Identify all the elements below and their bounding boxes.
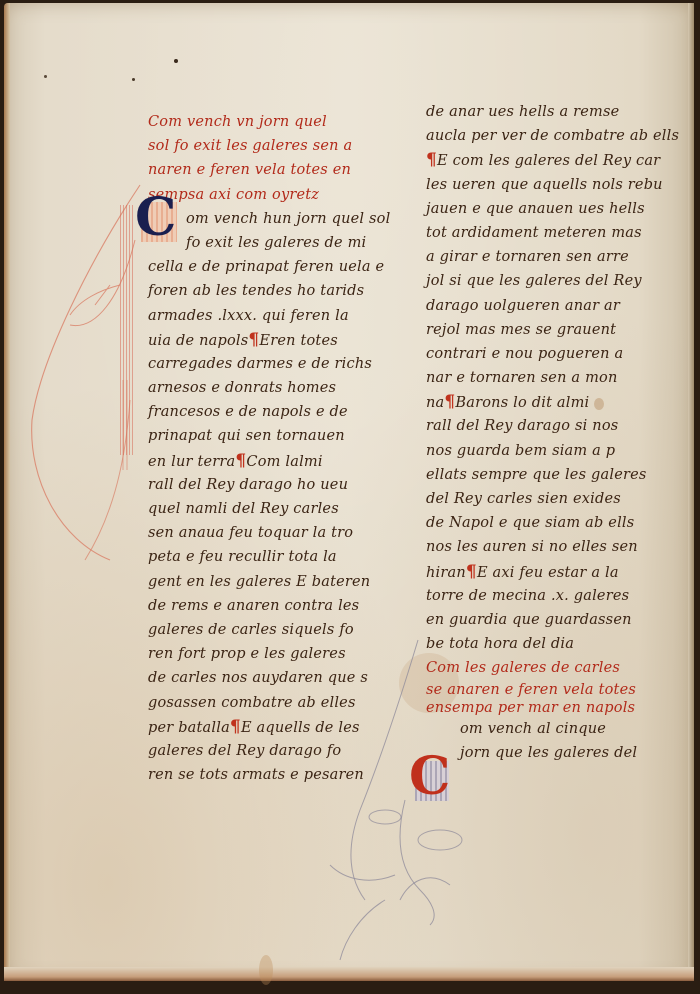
text-line: ¶E com les galeres del Rey car	[426, 148, 676, 172]
page-edge-left	[4, 3, 10, 981]
text-line: ellats sempre que les galeres	[426, 463, 676, 487]
stain	[44, 75, 47, 78]
text-line: de rems e anaren contra les	[148, 594, 398, 618]
text-line: rall del Rey darago ho ueu	[148, 473, 398, 497]
text-line: arnesos e donrats homes	[148, 376, 398, 400]
rubric-line: ensempa per mar en napols	[426, 699, 676, 717]
text-segment: en lur terra	[148, 454, 235, 470]
text-segment: E axi feu estar a la	[477, 565, 619, 581]
pilcrow-icon: ¶	[426, 150, 437, 170]
text-line: torre de mecina .x. galeres	[426, 584, 676, 608]
text-line: jol si que les galeres del Rey	[426, 269, 676, 293]
page-edge-bottom	[4, 967, 694, 981]
text-line: uia de napols¶Eren totes	[148, 328, 398, 352]
text-line: galeres de carles siquels fo	[148, 618, 398, 642]
text-line: carregades darmes e de richs	[148, 352, 398, 376]
text-segment: Eren totes	[259, 333, 337, 349]
text-line: tot ardidament meteren mas	[426, 221, 676, 245]
text-line: en lur terra¶Com lalmi	[148, 449, 398, 473]
text-line: peta e feu recullir tota la	[148, 545, 398, 569]
text-segment: uia de napols	[148, 333, 248, 349]
rubric-line: Com les galeres de carles	[426, 656, 676, 680]
text-line: fo exit les galeres de mi	[148, 231, 398, 255]
text-line: hiran¶E axi feu estar a la	[426, 560, 676, 584]
text-segment: na	[426, 395, 444, 411]
text-line: armades .lxxx. qui feren la	[148, 304, 398, 328]
text-line: om vench hun jorn quel sol	[148, 207, 398, 231]
rubric-line: se anaren e feren vela totes	[426, 681, 676, 699]
pilcrow-icon: ¶	[248, 330, 259, 350]
rubric-line: sempsa axi com oyretz	[148, 183, 398, 207]
text-segment: hiran	[426, 565, 466, 581]
filigree-border	[120, 205, 134, 455]
rubric-line: sol fo exit les galeres sen a	[148, 134, 398, 158]
text-line: aucla per ver de combatre ab ells	[426, 124, 676, 148]
right-column: de anar ues hells a remse aucla per ver …	[426, 100, 676, 765]
text-line: gosassen combatre ab elles	[148, 691, 398, 715]
initial-letter: C	[135, 192, 183, 244]
text-line: de carles nos auydaren que s	[148, 666, 398, 690]
text-line: a girar e tornaren sen arre	[426, 245, 676, 269]
text-line: darago uolgueren anar ar	[426, 294, 676, 318]
decorated-initial-blue: C	[135, 196, 183, 248]
text-segment: per batalla	[148, 720, 230, 736]
text-line: prinapat qui sen tornauen	[148, 424, 398, 448]
initial-letter: C	[409, 751, 455, 803]
text-line: quel namli del Rey carles	[148, 497, 398, 521]
text-line: ren fort prop e les galeres	[148, 642, 398, 666]
text-segment: Com lalmi	[246, 454, 322, 470]
text-line: galeres del Rey darago fo	[148, 739, 398, 763]
text-line: per batalla¶E aquells de les	[148, 715, 398, 739]
stain	[174, 59, 178, 63]
text-line: jorn que les galeres del	[426, 741, 676, 765]
text-line: nos guarda bem siam a p	[426, 439, 676, 463]
text-line: rejol mas mes se grauent	[426, 318, 676, 342]
text-line: na¶Barons lo dit almi	[426, 390, 676, 414]
text-line: gent en les galeres E bateren	[148, 570, 398, 594]
rubric-line: naren e feren vela totes en	[148, 158, 398, 182]
text-line: ren se tots armats e pesaren	[148, 763, 398, 787]
text-line: contrari e nou pogueren a	[426, 342, 676, 366]
text-line: les ueren que aquells nols rebu	[426, 173, 676, 197]
decorated-initial-red: C	[409, 755, 455, 805]
text-segment: E aquells de les	[241, 720, 360, 736]
text-line: en guardia que guardassen	[426, 608, 676, 632]
stain	[259, 955, 273, 985]
text-line: rall del Rey darago si nos	[426, 414, 676, 438]
text-line: de anar ues hells a remse	[426, 100, 676, 124]
text-line: sen anaua feu toquar la tro	[148, 521, 398, 545]
text-line: francesos e de napols e de	[148, 400, 398, 424]
text-line: cella e de prinapat feren uela e	[148, 255, 398, 279]
left-column: Com vench vn jorn quel sol fo exit les g…	[148, 110, 398, 787]
page-edge-right	[688, 3, 694, 981]
pilcrow-icon: ¶	[235, 451, 246, 471]
pilcrow-icon: ¶	[444, 392, 455, 412]
text-segment: Barons lo dit almi	[455, 395, 589, 411]
text-segment: E com les galeres del Rey car	[437, 153, 660, 169]
stain	[132, 78, 135, 81]
rubric-line: Com vench vn jorn quel	[148, 110, 398, 134]
text-line: foren ab les tendes ho tarids	[148, 279, 398, 303]
text-line: del Rey carles sien exides	[426, 487, 676, 511]
text-line: de Napol e que siam ab ells	[426, 511, 676, 535]
text-line: nos les auren si no elles sen	[426, 535, 676, 559]
text-line: jauen e que anauen ues hells	[426, 197, 676, 221]
pilcrow-icon: ¶	[230, 717, 241, 737]
text-line: nar e tornaren sen a mon	[426, 366, 676, 390]
pilcrow-icon: ¶	[466, 562, 477, 582]
text-line: om vench al cinque	[426, 717, 676, 741]
text-line: be tota hora del dia	[426, 632, 676, 656]
